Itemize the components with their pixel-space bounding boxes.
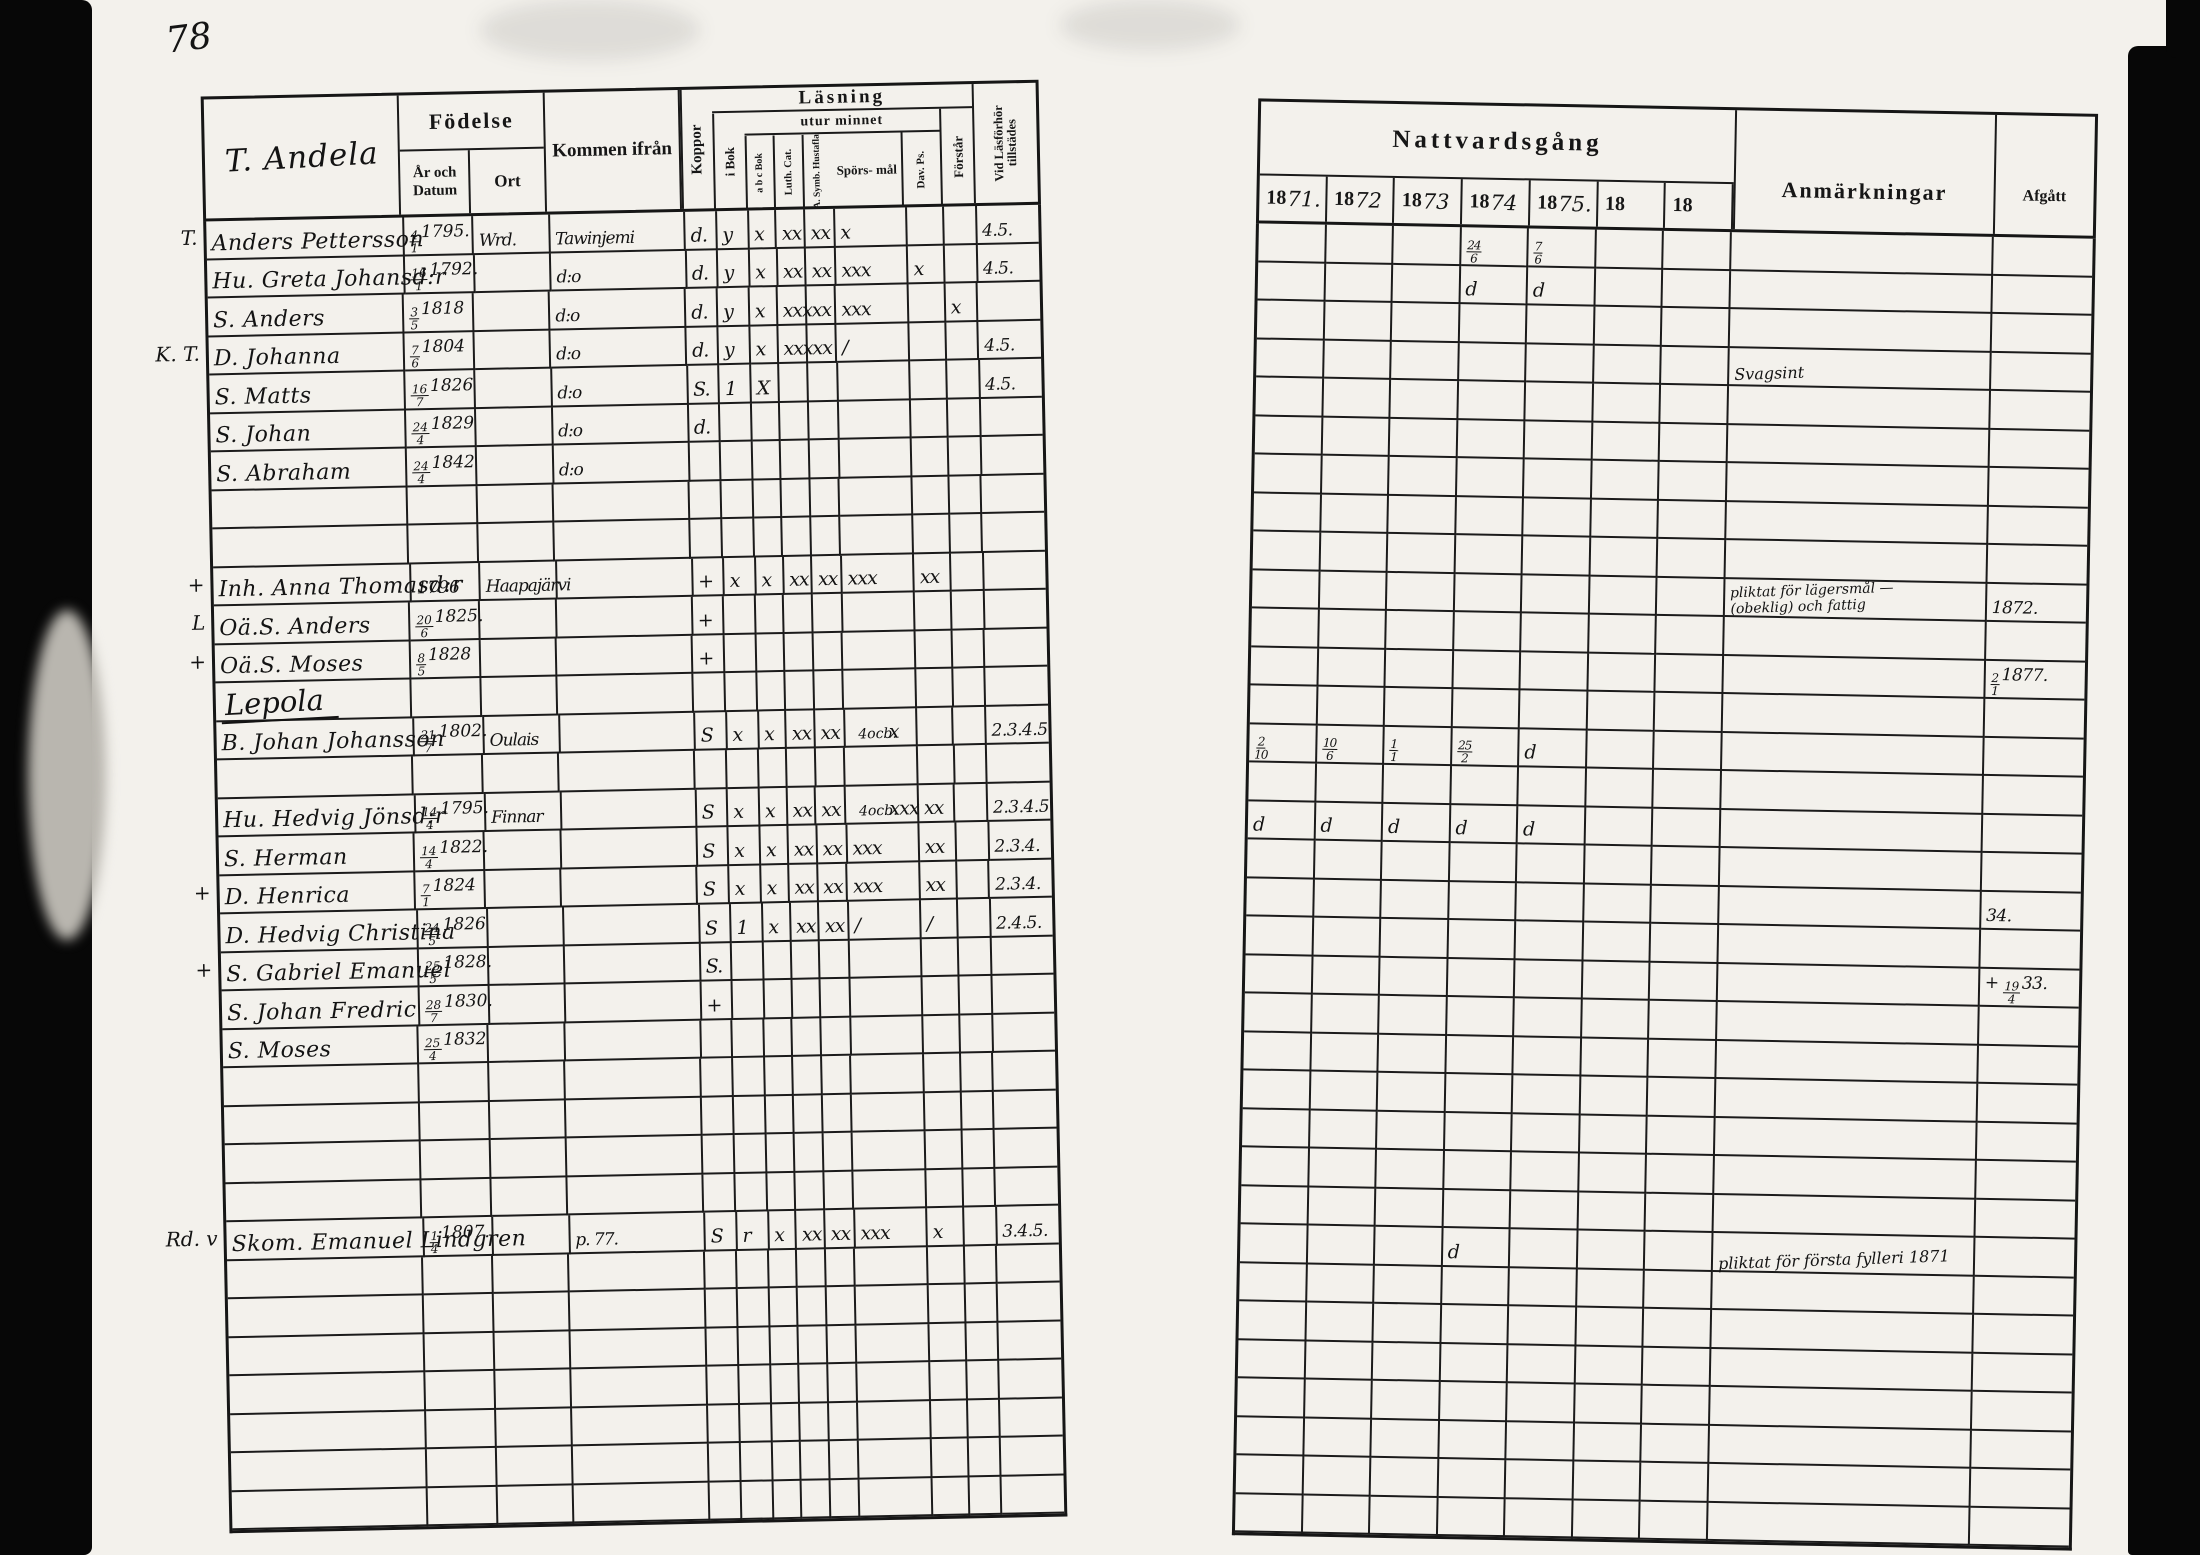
cell-symb	[830, 1479, 861, 1518]
cell-tillst	[991, 936, 1053, 976]
cell-davps	[915, 592, 953, 631]
cell-year3: d	[1442, 1228, 1510, 1268]
cell-abc: x	[750, 249, 779, 288]
cell-luth: xxx	[778, 325, 808, 364]
cell-year1	[1309, 1149, 1377, 1189]
cell-anm	[1708, 1464, 1971, 1507]
cell-year4	[1509, 1268, 1577, 1308]
cell-year0	[1255, 416, 1323, 456]
communion-mark: d	[1465, 278, 1477, 300]
cell-koppor: +	[693, 558, 725, 597]
cell-ibok	[738, 1288, 771, 1327]
attendance-header-label: Vid Läsförhör tillstädes	[974, 83, 1038, 203]
cell-davps: xx	[919, 823, 957, 862]
cell-davps	[912, 438, 950, 477]
cell-tillst	[1000, 1398, 1062, 1438]
cell-forstar	[948, 398, 982, 437]
scan-border-corner	[2166, 0, 2200, 58]
cell-forstar	[960, 1014, 994, 1053]
year-handwritten: 71.	[1287, 186, 1321, 211]
cell-year3	[1448, 920, 1516, 960]
cell-davps	[912, 476, 950, 515]
cell-ibok	[720, 403, 753, 442]
reading-mark: xxx	[841, 259, 871, 282]
cell-year5	[1580, 1115, 1648, 1155]
cell-year2: d	[1383, 803, 1451, 843]
date-fraction: 11	[1389, 738, 1398, 763]
cell-spors	[843, 631, 916, 671]
cell-afgatt	[1988, 506, 2088, 546]
person-name: Anders Pettersson	[211, 227, 424, 256]
cell-davps	[918, 746, 956, 785]
cell-davps	[922, 938, 959, 977]
cell-kommen: p. 77.	[570, 1213, 706, 1254]
cell-year3	[1447, 959, 1515, 999]
cell-year6	[1649, 1001, 1717, 1041]
cell-year6	[1645, 1232, 1713, 1272]
person-name: S. Herman	[224, 844, 348, 871]
reading-mark: x	[840, 221, 850, 243]
cell-year5	[1593, 384, 1661, 424]
cell-datum: 1441822.	[415, 832, 486, 872]
cell-year3	[1443, 1190, 1511, 1230]
cell-year5	[1585, 807, 1653, 847]
cell-year1	[1319, 610, 1387, 650]
cell-year2	[1386, 649, 1454, 689]
cell-spors	[851, 1054, 924, 1094]
cell-year2	[1382, 842, 1450, 882]
cell-year0	[1253, 493, 1321, 533]
cell-year1: 106	[1317, 725, 1385, 765]
reading-mark: d.	[690, 224, 707, 246]
birth-date-header-label: År och Datum	[400, 150, 471, 214]
cell-year2	[1372, 1381, 1440, 1421]
cell-name	[229, 1334, 426, 1376]
cell-datum: 2451826	[418, 909, 489, 949]
cell-year3: d	[1450, 805, 1518, 845]
cell-symb	[827, 1325, 858, 1364]
understands-header-label: Förstår	[941, 108, 976, 206]
cell-year1	[1326, 225, 1394, 265]
cell-year1	[1307, 1264, 1375, 1304]
cell-kommen	[565, 1059, 702, 1100]
cell-abc	[757, 672, 786, 711]
communion-mark: d	[1533, 279, 1545, 301]
cell-symb	[821, 979, 852, 1018]
cell-spors: xxx	[848, 862, 921, 902]
cell-ibok: x	[724, 557, 756, 596]
reading-mark: S	[702, 801, 714, 823]
year-handwritten: 75.	[1558, 191, 1592, 216]
cell-year1	[1323, 379, 1391, 419]
cell-year3	[1438, 1497, 1506, 1537]
cell-year6	[1661, 346, 1729, 386]
cell-spors	[858, 1401, 931, 1441]
cell-abc	[764, 980, 793, 1019]
cell-luth: xx	[778, 248, 808, 287]
reading-mark: xx	[812, 337, 832, 359]
cell-ibok	[736, 1173, 769, 1212]
cell-forstar	[955, 745, 989, 784]
reading-mark: xx	[825, 914, 845, 936]
cell-symb	[826, 1248, 857, 1287]
cell-year0	[1253, 531, 1321, 571]
cell-ibok	[732, 942, 764, 981]
cell-year5	[1589, 576, 1657, 616]
cell-spors: 4ocb.x	[845, 708, 918, 748]
cell-tillst	[982, 474, 1044, 514]
cell-year6	[1651, 885, 1719, 925]
cell-year6	[1663, 231, 1731, 271]
cell-name: Oä.S. Anders	[214, 602, 411, 644]
reading-mark: xx	[792, 722, 812, 744]
cell-koppor	[707, 1328, 740, 1367]
year-printed: 18	[1266, 187, 1286, 210]
cell-davps	[926, 1169, 964, 1208]
cell-year0	[1250, 685, 1318, 725]
cell-year1	[1318, 648, 1386, 688]
cell-datum: 2171802.	[414, 716, 485, 756]
cell-year2	[1371, 1419, 1439, 1459]
cell-anm: pliktat för lägersmål —(obeklig) och fat…	[1725, 579, 1988, 622]
cell-abc	[772, 1403, 801, 1442]
cell-datum	[424, 1294, 494, 1334]
cell-year6	[1644, 1270, 1712, 1310]
cell-afgatt: 211877.	[1985, 660, 2085, 700]
cell-kommen	[555, 520, 692, 561]
cell-year0	[1250, 647, 1318, 687]
cell-koppor: +	[701, 981, 733, 1020]
birth-place: Oulais	[489, 730, 538, 751]
cell-year6	[1644, 1309, 1712, 1349]
cell-year0	[1236, 1417, 1304, 1457]
cell-datum: 761804	[405, 332, 475, 372]
cell-anm: pliktat för första fylleri 1871	[1713, 1233, 1976, 1276]
communion-mark: d	[1524, 741, 1536, 763]
cell-year1	[1316, 764, 1384, 804]
birth-date: 711824	[421, 875, 476, 906]
cell-year4	[1511, 1191, 1579, 1231]
reading-mark: S	[703, 878, 715, 900]
reading-mark: S.	[693, 378, 710, 400]
person-name: S. Matts	[214, 383, 311, 410]
cell-ibok: x	[728, 788, 760, 827]
remark-text: pliktat för lägersmål —(obeklig) och fat…	[1729, 580, 1894, 618]
reading-mark: x	[766, 839, 776, 861]
reading-mark: y	[723, 300, 733, 322]
reading-mark: X	[757, 377, 770, 399]
birth-place-header-label: Ort	[470, 149, 544, 213]
cell-year3	[1452, 689, 1520, 729]
cell-symb: xx	[812, 555, 843, 594]
cell-year4	[1521, 652, 1589, 692]
cell-luth	[784, 594, 814, 633]
cell-year3: 246	[1461, 227, 1529, 267]
cell-spors: /	[849, 900, 922, 940]
cell-year0	[1238, 1340, 1306, 1380]
cell-abc	[767, 1172, 796, 1211]
cell-anm	[1727, 463, 1990, 506]
cell-year5	[1575, 1384, 1643, 1424]
cell-ibok: x	[727, 711, 759, 750]
cell-afgatt	[1990, 391, 2090, 431]
cell-afgatt	[1980, 930, 2080, 970]
cell-ort	[490, 984, 567, 1024]
reading-mark: x	[735, 878, 745, 900]
reading-mark: x	[730, 570, 740, 592]
cell-year6	[1651, 924, 1719, 964]
birth-place: Finnar	[491, 807, 543, 828]
cell-anm	[1714, 1156, 1977, 1199]
cell-year0	[1246, 916, 1314, 956]
cell-koppor	[705, 1251, 738, 1290]
cell-year1	[1311, 1033, 1379, 1073]
cell-afgatt	[1974, 1276, 2074, 1316]
cell-year0	[1244, 993, 1312, 1033]
cell-name: Oä.S. Moses	[215, 641, 412, 683]
cell-year6	[1640, 1501, 1708, 1541]
cell-ort: Wrd.	[473, 215, 550, 255]
date-fraction: 244	[412, 460, 430, 485]
cell-anm	[1717, 1002, 1980, 1045]
cell-datum: 2551828.	[419, 947, 490, 987]
cell-tillst: 4.5.	[980, 359, 1042, 399]
cell-year5	[1582, 961, 1650, 1001]
cell-abc	[770, 1288, 799, 1327]
cell-year4	[1511, 1152, 1579, 1192]
cell-kommen	[566, 1097, 703, 1138]
cell-year2	[1378, 1073, 1446, 1113]
cell-ort	[481, 638, 558, 678]
cell-ibok: r	[737, 1211, 770, 1250]
cell-ort	[498, 1485, 575, 1525]
cell-symb	[813, 632, 844, 671]
cell-year3	[1442, 1266, 1510, 1306]
reading-mark: +	[698, 609, 713, 631]
reading-mark: x	[933, 1220, 943, 1242]
cell-afgatt: 1872.	[1986, 583, 2086, 623]
cell-abc	[757, 633, 786, 672]
cell-forstar	[944, 206, 978, 245]
cell-year1	[1313, 918, 1381, 958]
person-name: D. Johanna	[214, 344, 341, 372]
reading-mark: xx	[831, 1222, 851, 1244]
communion-mark: d	[1455, 817, 1467, 839]
cell-symb	[815, 748, 846, 787]
cell-luth: xxx	[777, 286, 807, 325]
cell-symb	[821, 1017, 852, 1056]
year-printed: 18	[1672, 194, 1692, 217]
cell-koppor	[704, 1174, 737, 1213]
date-fraction: 206	[415, 614, 433, 639]
right-page-table: Nattvardsgång 1871.1872187318741875.1818…	[1232, 98, 2098, 1550]
date-fraction: 85	[416, 652, 426, 677]
cell-year6	[1643, 1347, 1711, 1387]
cell-ibok	[721, 442, 754, 481]
date-fraction: 161	[410, 267, 428, 292]
cell-spors	[841, 515, 914, 555]
reading-mark: xx	[782, 222, 802, 244]
reading-mark: xxx	[783, 337, 813, 360]
cell-abc	[765, 1057, 794, 1096]
reading-mark: xx	[812, 260, 832, 282]
cell-koppor: S	[698, 866, 731, 905]
cell-symb: xx	[805, 209, 836, 248]
cell-name: Lepola	[215, 679, 412, 721]
cell-datum	[425, 1332, 495, 1372]
cell-ibok: y	[718, 326, 751, 365]
cell-tillst	[987, 744, 1049, 784]
cell-year1	[1325, 263, 1393, 303]
cell-year4	[1524, 459, 1592, 499]
cell-koppor	[694, 673, 727, 712]
cell-year5	[1573, 1500, 1641, 1540]
cell-year5	[1574, 1423, 1642, 1463]
cell-forstar	[952, 629, 986, 668]
cell-spors	[845, 746, 918, 786]
cell-anm	[1725, 540, 1988, 583]
cell-anm	[1713, 1194, 1976, 1237]
cell-year2	[1374, 1304, 1442, 1344]
cell-davps: /	[921, 900, 958, 939]
cell-koppor	[695, 750, 728, 789]
cell-anm: Svagsint	[1729, 348, 1992, 391]
cell-name	[231, 1449, 428, 1491]
cell-tillst	[1001, 1437, 1063, 1477]
cell-year6	[1658, 500, 1726, 540]
right-table-header: Nattvardsgång 1871.1872187318741875.1818…	[1256, 98, 2098, 238]
cell-year0	[1241, 1186, 1309, 1226]
cell-year2	[1376, 1150, 1444, 1190]
cell-kommen: d:o	[550, 289, 687, 330]
cell-ort	[474, 292, 551, 332]
cell-kommen	[561, 828, 698, 869]
cell-spors	[857, 1324, 930, 1364]
cell-year5	[1595, 268, 1663, 308]
cell-symb	[810, 478, 841, 517]
cell-anm	[1711, 1310, 1974, 1353]
cell-year4	[1510, 1229, 1578, 1269]
cell-spors	[851, 1016, 924, 1056]
cell-ibok	[740, 1404, 773, 1443]
cell-abc	[767, 1134, 796, 1173]
cell-year6	[1656, 654, 1724, 694]
cell-anm	[1724, 617, 1987, 660]
cell-year2	[1393, 226, 1461, 266]
cell-year4: d	[1518, 806, 1586, 846]
remark-text: pliktat för första fylleri 1871	[1718, 1247, 1950, 1273]
cell-datum: 2061825.	[410, 601, 481, 641]
cell-year6	[1652, 847, 1720, 887]
birth-date: 1671826	[411, 375, 474, 406]
cell-anm	[1720, 848, 1983, 891]
cell-name	[217, 756, 414, 798]
date-fraction: 245	[423, 921, 441, 946]
reading-mark: x	[768, 916, 778, 938]
cell-ibok: y	[717, 211, 750, 250]
cell-spors	[860, 1478, 933, 1518]
reading-mark: xxx	[782, 299, 812, 322]
cell-year5	[1592, 422, 1660, 462]
cell-year5	[1577, 1269, 1645, 1309]
cell-year5	[1585, 846, 1653, 886]
cell-year1	[1321, 494, 1389, 534]
cell-year4	[1516, 921, 1584, 961]
cell-spors	[839, 438, 912, 478]
cell-davps	[928, 1246, 966, 1285]
cell-kommen	[559, 751, 696, 792]
cell-year3	[1445, 1074, 1513, 1114]
reading-mark: x	[765, 800, 775, 822]
cell-luth: xx	[776, 209, 806, 248]
cell-kommen	[557, 597, 694, 638]
cell-koppor: d.	[688, 404, 721, 443]
cell-year6	[1641, 1463, 1709, 1503]
cell-forstar	[969, 1476, 1003, 1515]
cell-spors: x	[835, 207, 908, 247]
cell-kommen	[568, 1174, 705, 1215]
cell-forstar	[951, 552, 984, 591]
cell-year2	[1370, 1496, 1438, 1536]
cell-kommen	[565, 1020, 702, 1061]
cell-abc	[754, 518, 783, 557]
attendance-mark: 3.4.5.	[1002, 1220, 1048, 1241]
cell-year2	[1374, 1265, 1442, 1305]
cell-ort	[475, 253, 552, 293]
cell-tillst: 4.5.	[979, 320, 1041, 360]
cell-symb: xx	[815, 709, 845, 748]
reading-mark: d.	[694, 416, 711, 438]
cell-spors	[854, 1170, 927, 1210]
cell-year2	[1380, 957, 1448, 997]
cell-koppor: +	[692, 596, 725, 635]
cell-year3	[1459, 343, 1527, 383]
cell-symb	[829, 1441, 860, 1480]
cell-abc: x	[769, 1211, 798, 1250]
cell-afgatt	[1986, 622, 2086, 662]
cell-year5	[1583, 923, 1651, 963]
cell-kommen	[570, 1290, 707, 1331]
cell-name: S. Abraham	[211, 448, 408, 490]
cell-luth: xx	[784, 556, 814, 595]
cell-year3	[1459, 304, 1527, 344]
cell-abc	[752, 402, 781, 441]
cell-spors	[840, 477, 913, 517]
date-fraction: 167	[411, 383, 429, 408]
cell-forstar	[968, 1399, 1002, 1438]
cell-afgatt	[1993, 237, 2093, 277]
cell-year0	[1238, 1301, 1306, 1341]
cell-ort	[494, 1292, 571, 1332]
cell-datum: 411795.	[404, 216, 474, 256]
cell-year4	[1525, 421, 1593, 461]
cell-tillst: 2.3.4.	[989, 821, 1051, 861]
cell-ibok	[724, 596, 757, 635]
cell-abc	[764, 1018, 793, 1057]
cell-luth	[797, 1287, 827, 1326]
cell-forstar	[957, 860, 991, 899]
cell-ort	[496, 1408, 573, 1448]
cell-ort	[490, 1100, 567, 1140]
birth-date: 761804	[410, 336, 465, 367]
cell-datum	[420, 1101, 490, 1141]
cell-year6	[1657, 577, 1725, 617]
cell-forstar	[962, 1130, 996, 1169]
cell-kommen	[564, 905, 700, 946]
margin-note: +	[146, 572, 204, 597]
person-name: Oä.S. Anders	[219, 613, 371, 641]
smallpox-header-label: Koppor	[680, 89, 714, 209]
